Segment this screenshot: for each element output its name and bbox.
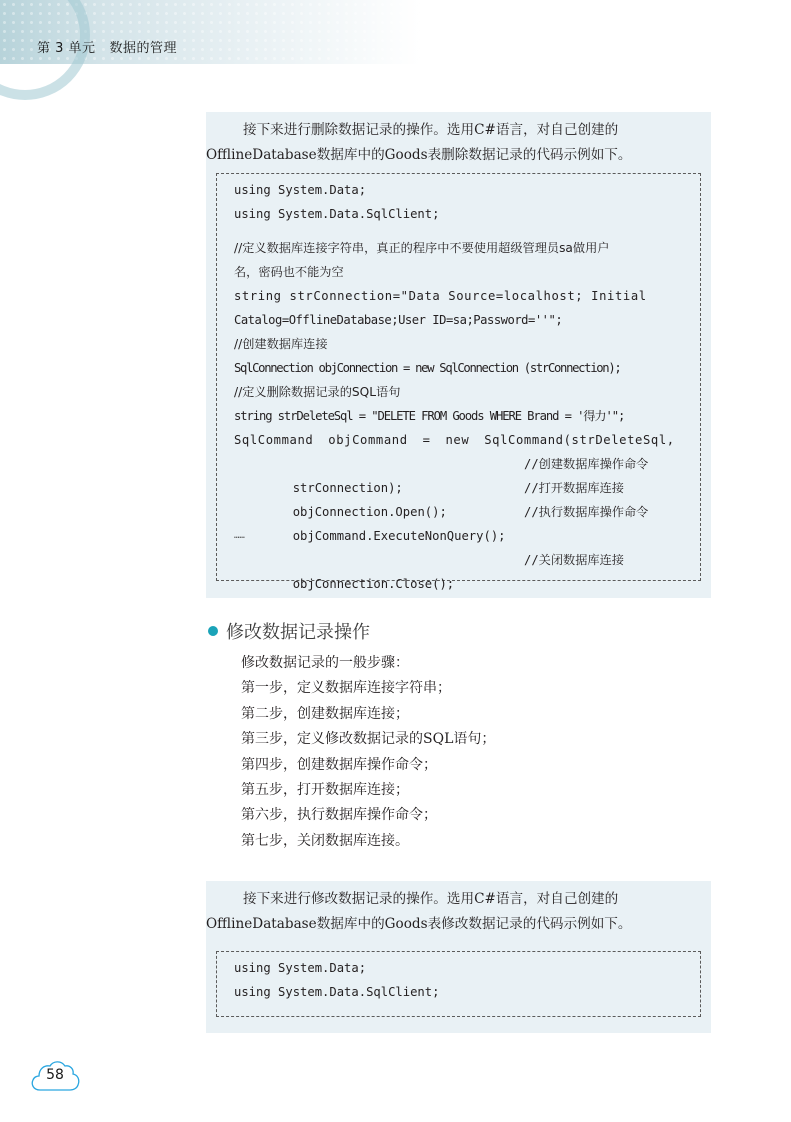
code-comment: //创建数据库操作命令 — [524, 452, 648, 476]
code-ellipsis: …… — [234, 524, 686, 548]
code-comment: //定义删除数据记录的SQL语句 — [234, 380, 686, 404]
delete-intro-line1: 接下来进行删除数据记录的操作。选用C#语言，对自己创建的 — [243, 122, 618, 138]
delete-intro: 接下来进行删除数据记录的操作。选用C#语言，对自己创建的 OfflineData… — [206, 112, 711, 168]
code-line: objConnection.Close(); //关闭数据库连接 — [234, 548, 686, 572]
code-line: SqlCommand objCommand = new SqlCommand(s… — [234, 428, 686, 452]
code-line: using System.Data.SqlClient; — [234, 202, 686, 226]
update-intro-line2: OfflineDatabase数据库中的Goods表修改数据记录的代码示例如下。 — [206, 912, 701, 937]
update-code-panel: 接下来进行修改数据记录的操作。选用C#语言，对自己创建的 OfflineData… — [206, 881, 711, 1033]
code-comment: //创建数据库连接 — [234, 332, 686, 356]
code-line: Catalog=OfflineDatabase;User ID=sa;Passw… — [234, 308, 686, 332]
page-number-badge: 58 — [30, 1058, 80, 1092]
code-line: using System.Data; — [234, 178, 686, 202]
running-header: 第 3 单元数据的管理 — [37, 37, 177, 56]
update-intro-line1: 接下来进行修改数据记录的操作。选用C#语言，对自己创建的 — [243, 891, 618, 907]
code-comment: //执行数据库操作命令 — [524, 500, 648, 524]
code-line: using System.Data.SqlClient; — [234, 980, 686, 1004]
step-item: 修改数据记录的一般步骤： — [241, 651, 495, 676]
section-heading: 修改数据记录操作 — [208, 618, 370, 644]
step-item: 第五步，打开数据库连接； — [241, 778, 495, 803]
unit-label: 第 3 单元 — [37, 41, 96, 56]
delete-code-block: using System.Data; using System.Data.Sql… — [216, 173, 701, 581]
step-item: 第七步，关闭数据库连接。 — [241, 829, 495, 854]
code-line: string strDeleteSql = "DELETE FROM Goods… — [234, 404, 686, 428]
code-line: strConnection); //创建数据库操作命令 — [234, 452, 686, 476]
update-intro: 接下来进行修改数据记录的操作。选用C#语言，对自己创建的 OfflineData… — [206, 881, 711, 937]
code-line: objConnection.Open(); //打开数据库连接 — [234, 476, 686, 500]
code-comment: //定义数据库连接字符串，真正的程序中不要使用超级管理员sa做用户 — [234, 236, 686, 260]
code-line: SqlConnection objConnection = new SqlCon… — [234, 356, 686, 380]
delete-code-panel: 接下来进行删除数据记录的操作。选用C#语言，对自己创建的 OfflineData… — [206, 112, 711, 598]
update-steps-list: 修改数据记录的一般步骤： 第一步，定义数据库连接字符串； 第二步，创建数据库连接… — [241, 651, 495, 854]
code-comment: 名，密码也不能为空 — [234, 260, 686, 284]
bullet-icon — [208, 626, 218, 636]
code-line: objCommand.ExecuteNonQuery(); //执行数据库操作命… — [234, 500, 686, 524]
unit-title: 数据的管理 — [110, 41, 178, 56]
delete-intro-line2: OfflineDatabase数据库中的Goods表删除数据记录的代码示例如下。 — [206, 143, 701, 168]
step-item: 第二步，创建数据库连接； — [241, 702, 495, 727]
update-code-block: using System.Data; using System.Data.Sql… — [216, 951, 701, 1017]
page-number: 58 — [30, 1067, 80, 1083]
section-heading-text: 修改数据记录操作 — [226, 618, 370, 644]
step-item: 第一步，定义数据库连接字符串； — [241, 676, 495, 701]
code-line: string strConnection="Data Source=localh… — [234, 284, 686, 308]
step-item: 第四步，创建数据库操作命令； — [241, 753, 495, 778]
step-item: 第六步，执行数据库操作命令； — [241, 803, 495, 828]
code-line: using System.Data; — [234, 956, 686, 980]
step-item: 第三步，定义修改数据记录的SQL语句； — [241, 727, 495, 752]
code-comment: //关闭数据库连接 — [524, 548, 624, 572]
code-comment: //打开数据库连接 — [524, 476, 624, 500]
